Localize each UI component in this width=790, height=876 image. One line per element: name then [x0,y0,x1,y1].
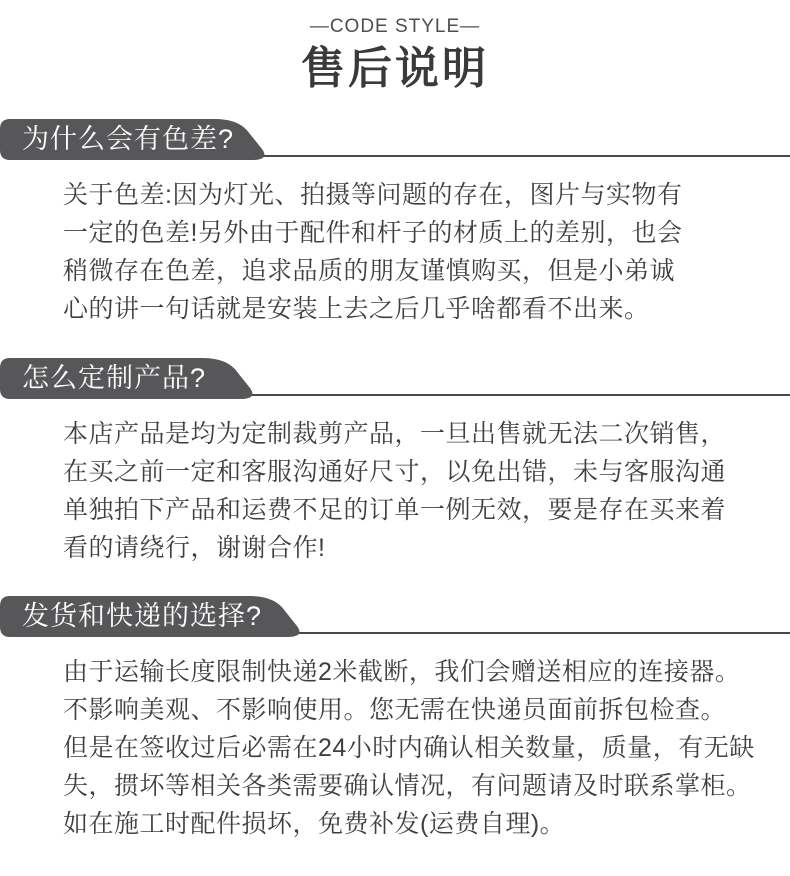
banner-rule-line [287,632,790,634]
paragraph-line: 看的请绕行，谢谢合作! [63,529,750,567]
paragraph-line: 在买之前一定和客服沟通好尺寸，以免出错，未与客服沟通 [63,453,750,491]
section-heading-banner: 怎么定制产品? [0,358,258,399]
section-heading-banner: 为什么会有色差? [0,119,270,160]
banner-rule-line [240,394,790,396]
paragraph-line: 如在施工时配件损坏，免费补发(运费自理)。 [63,805,750,843]
page-title: 售后说明 [0,42,790,95]
paragraph-line: 但是在签收过后必需在24小时内确认相关数量，质量，有无缺 [63,729,750,767]
section-paragraph: 关于色差:因为灯光、拍摄等问题的存在，图片与实物有 一定的色差!另外由于配件和杆… [63,176,750,328]
banner-rule-line [252,155,790,157]
section-customization: 怎么定制产品? 本店产品是均为定制裁剪产品，一旦出售就无法二次销售， 在买之前一… [0,358,790,567]
after-sales-page: —CODE STYLE— 售后说明 为什么会有色差? 关于色差:因为灯光、拍摄等… [0,0,790,876]
paragraph-line: 单独拍下产品和运费不足的订单一例无效，要是存在买来着 [63,491,750,529]
section-banner: 为什么会有色差? [0,119,790,160]
section-paragraph: 由于运输长度限制快递2米截断，我们会赠送相应的连接器。 不影响美观、不影响使用。… [63,653,750,843]
section-color-difference: 为什么会有色差? 关于色差:因为灯光、拍摄等问题的存在，图片与实物有 一定的色差… [0,119,790,328]
brand-text: —CODE STYLE— [0,0,790,38]
paragraph-line: 失，掼坏等相关各类需要确认情况，有问题请及时联系掌柜。 [63,767,750,805]
paragraph-line: 一定的色差!另外由于配件和杆子的材质上的差别，也会 [63,214,750,252]
paragraph-line: 稍微存在色差，追求品质的朋友谨慎购买，但是小弟诚 [63,252,750,290]
section-banner: 发货和快递的选择? [0,596,790,637]
paragraph-line: 不影响美观、不影响使用。您无需在快递员面前拆包检查。 [63,691,750,729]
section-paragraph: 本店产品是均为定制裁剪产品，一旦出售就无法二次销售， 在买之前一定和客服沟通好尺… [63,415,750,567]
paragraph-line: 关于色差:因为灯光、拍摄等问题的存在，图片与实物有 [63,176,750,214]
section-heading-banner: 发货和快递的选择? [0,596,305,637]
paragraph-line: 本店产品是均为定制裁剪产品，一旦出售就无法二次销售， [63,415,750,453]
section-shipping: 发货和快递的选择? 由于运输长度限制快递2米截断，我们会赠送相应的连接器。 不影… [0,596,790,843]
paragraph-line: 心的讲一句话就是安装上去之后几乎啥都看不出来。 [63,290,750,328]
paragraph-line: 由于运输长度限制快递2米截断，我们会赠送相应的连接器。 [63,653,750,691]
section-banner: 怎么定制产品? [0,358,790,399]
